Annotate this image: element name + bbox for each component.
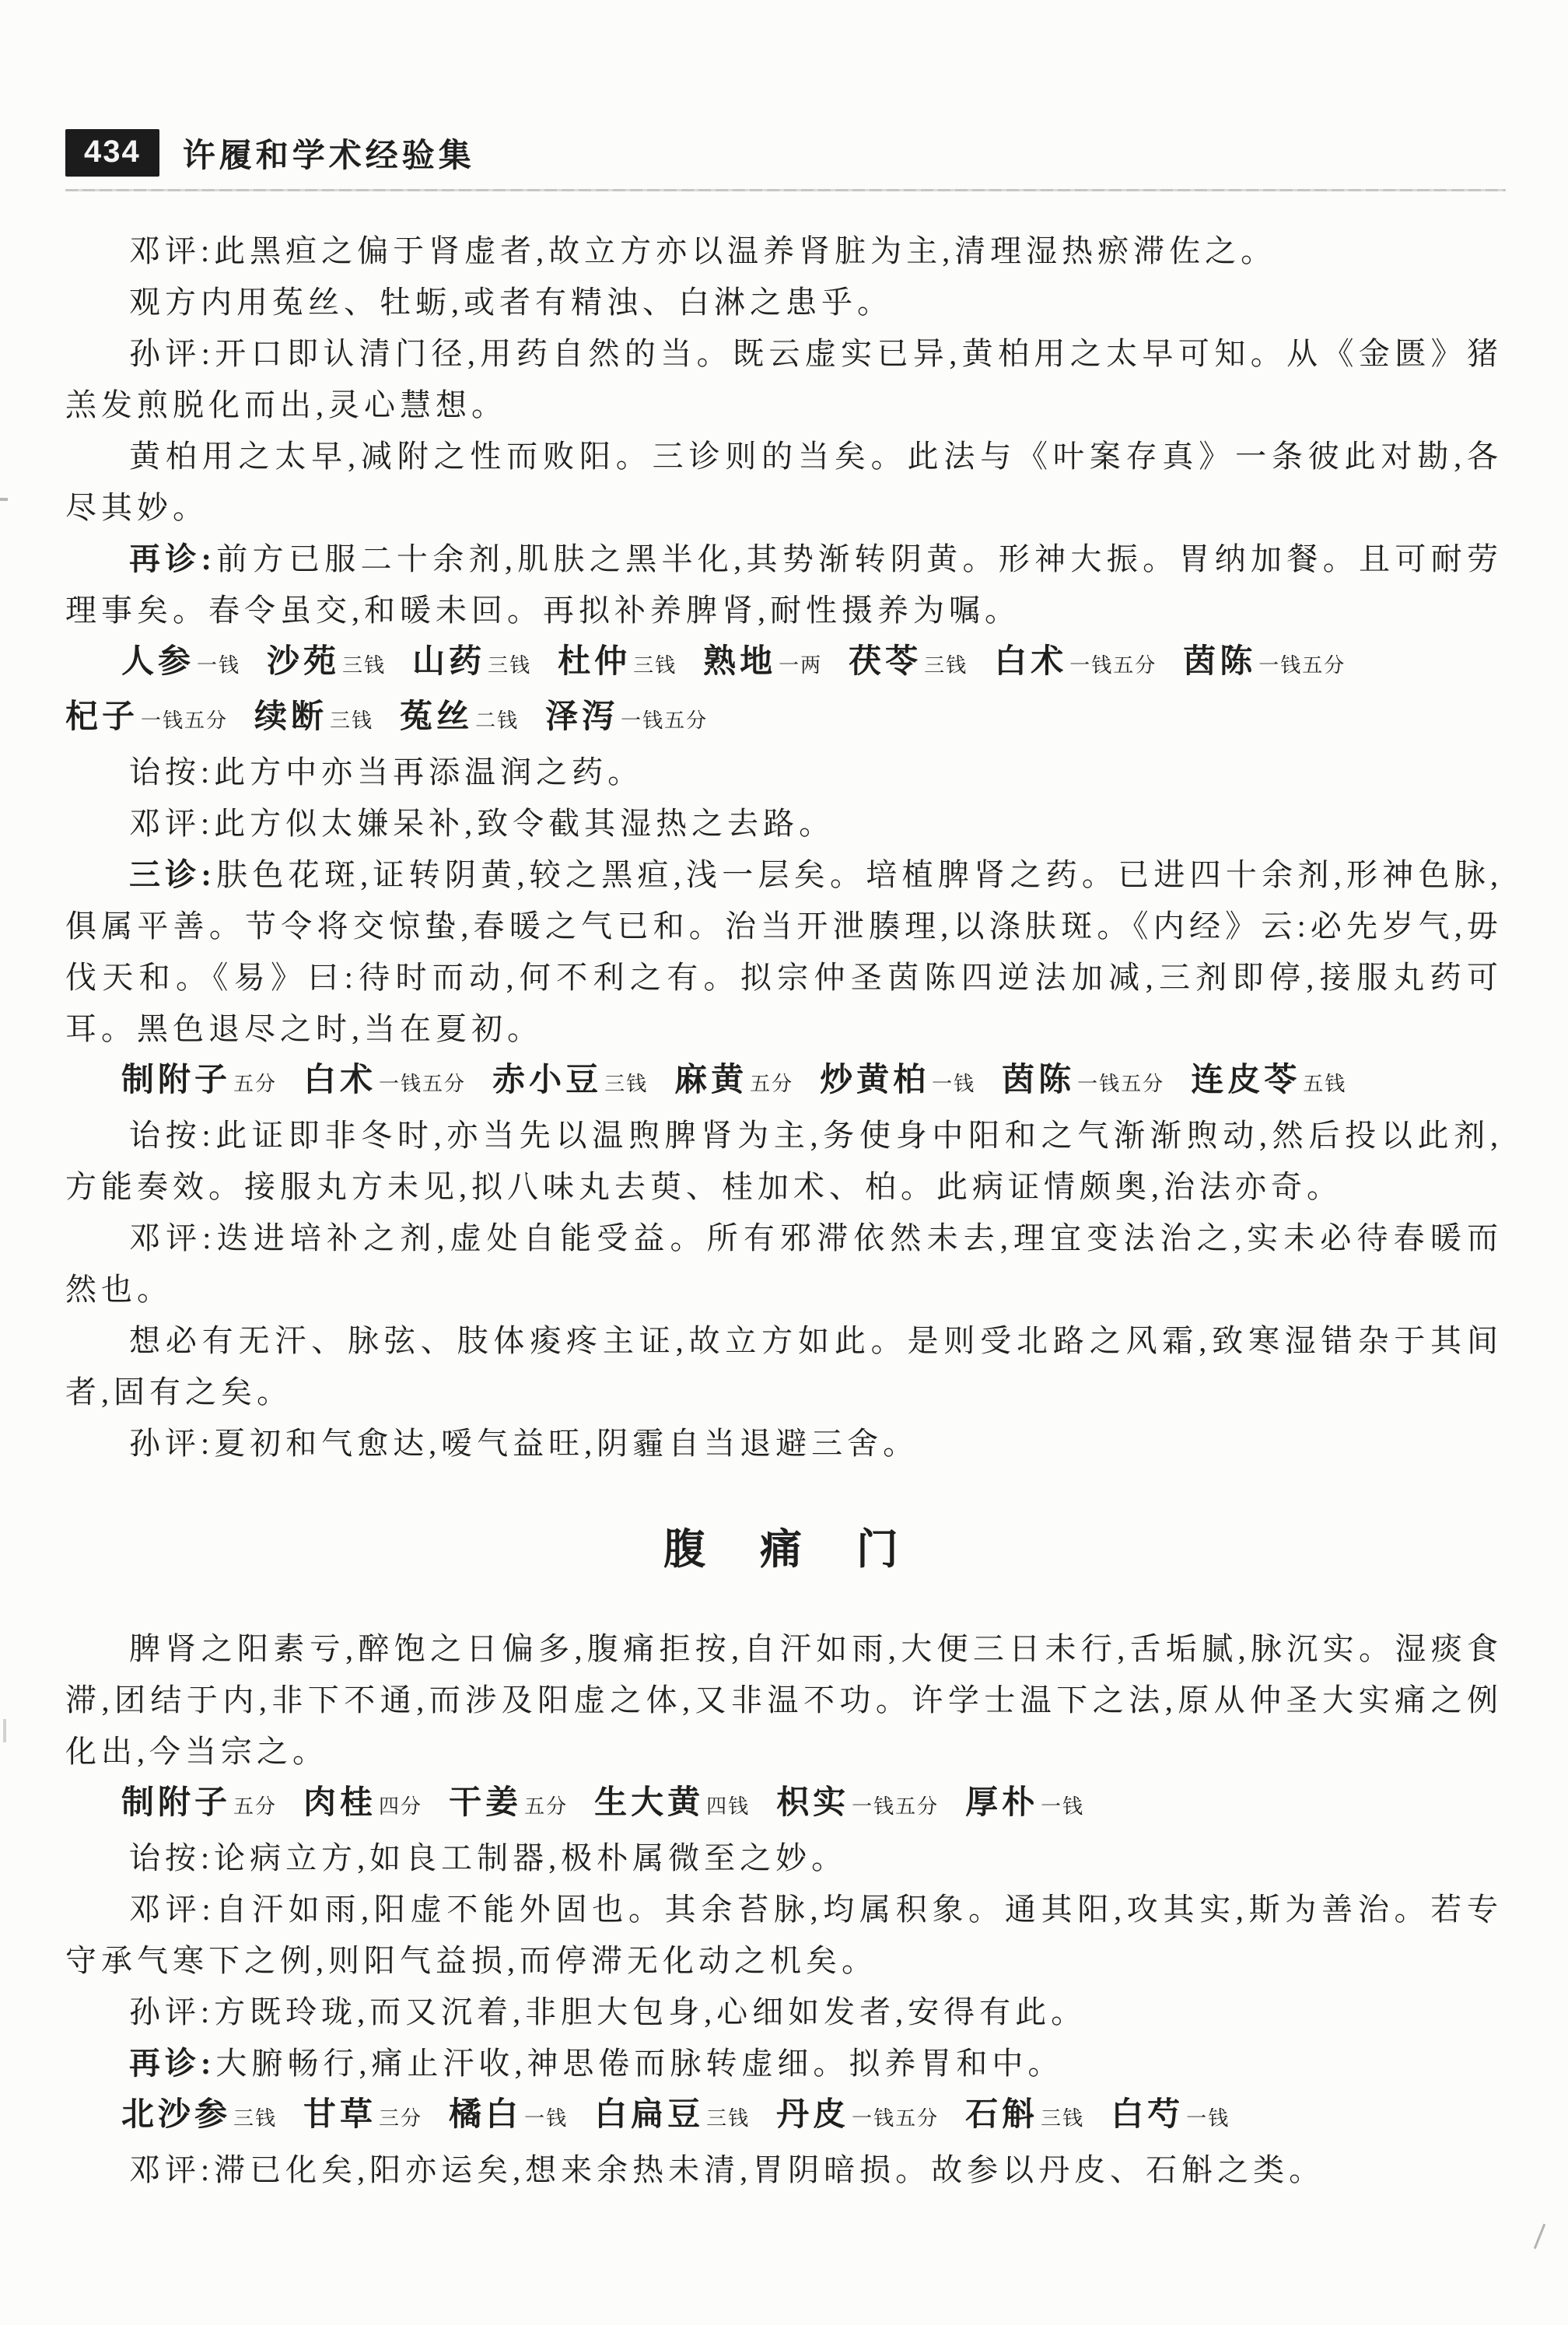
header-rule xyxy=(65,189,1506,191)
herb-item: 茯苓三钱 xyxy=(849,644,968,679)
scan-artifact xyxy=(3,1719,6,1742)
herb-item: 干姜五分 xyxy=(449,1785,568,1820)
herb-dose: 三钱 xyxy=(330,709,373,732)
herb-dose: 一钱 xyxy=(524,2107,568,2130)
paragraph: 三诊:肤色花斑,证转阴黄,较之黑疸,浅一层矣。培植脾肾之药。已进四十余剂,形神色… xyxy=(65,849,1503,1055)
paragraph: 诒按:此方中亦当再添温润之药。 xyxy=(65,747,1503,798)
paragraph-lead: 再诊: xyxy=(129,2046,215,2081)
herb-dose: 三钱 xyxy=(924,654,968,677)
herb-item: 人参一钱 xyxy=(121,644,240,679)
herb-item: 制附子五分 xyxy=(121,1063,277,1098)
herb-item: 菟丝二钱 xyxy=(400,699,519,734)
herb-dose: 五分 xyxy=(524,1795,568,1818)
herb-name: 制附子 xyxy=(121,1063,231,1098)
herb-dose: 一钱五分 xyxy=(379,1073,466,1095)
herb-dose: 一钱 xyxy=(932,1073,975,1095)
herb-item: 茵陈一钱五分 xyxy=(1002,1063,1164,1098)
herb-dose: 四分 xyxy=(379,1795,422,1818)
herb-name: 白术 xyxy=(994,644,1067,680)
herb-item: 肉桂四分 xyxy=(303,1785,422,1820)
paragraph: 孙评:开口即认清门径,用药自然的当。既云虚实已异,黄柏用之太早可知。从《金匮》猪… xyxy=(65,328,1503,431)
herb-dose: 五分 xyxy=(233,1795,277,1818)
herb-name: 菟丝 xyxy=(400,699,473,735)
paragraph: 邓评:此方似太嫌呆补,致令截其湿热之去路。 xyxy=(65,798,1503,849)
herb-name: 续断 xyxy=(254,699,327,735)
herb-item: 连皮苓五钱 xyxy=(1191,1063,1346,1098)
herb-item: 白扁豆三钱 xyxy=(594,2097,750,2132)
herb-name: 白芍 xyxy=(1111,2097,1184,2133)
herb-dose: 一钱 xyxy=(1041,1795,1084,1818)
prescription-line: 制附子五分白术一钱五分赤小豆三钱麻黄五分炒黄柏一钱茵陈一钱五分连皮苓五钱 xyxy=(65,1055,1503,1110)
herb-item: 麻黄五分 xyxy=(674,1063,793,1098)
herb-item: 山药三钱 xyxy=(412,644,531,679)
herb-dose: 三钱 xyxy=(233,2107,277,2130)
herb-name: 沙苑 xyxy=(267,644,340,680)
herb-dose: 一钱五分 xyxy=(1077,1073,1164,1095)
herb-name: 白术 xyxy=(303,1063,376,1098)
herb-name: 茵陈 xyxy=(1002,1063,1075,1098)
herb-item: 白术一钱五分 xyxy=(303,1063,466,1098)
prescription-line: 制附子五分肉桂四分干姜五分生大黄四钱枳实一钱五分厚朴一钱 xyxy=(65,1777,1503,1833)
herb-name: 甘草 xyxy=(303,2097,376,2133)
paragraph: 再诊:大腑畅行,痛止汗收,神思倦而脉转虚细。拟养胃和中。 xyxy=(65,2038,1503,2089)
paragraph: 诒按:此证即非冬时,亦当先以温煦脾肾为主,务使身中阳和之气渐渐煦动,然后投以此剂… xyxy=(65,1110,1503,1213)
herb-item: 赤小豆三钱 xyxy=(492,1063,648,1098)
herb-name: 麻黄 xyxy=(674,1063,747,1098)
prescription-line: 人参一钱沙苑三钱山药三钱杜仲三钱熟地一两茯苓三钱白术一钱五分茵陈一钱五分杞子一钱… xyxy=(65,636,1503,747)
herb-dose: 三钱 xyxy=(633,654,677,677)
herb-item: 杞子一钱五分 xyxy=(65,699,228,734)
herb-item: 茵陈一钱五分 xyxy=(1183,644,1346,679)
scanned-book-page: { "page": { "number": "434", "book_title… xyxy=(0,0,1568,2325)
herb-item: 制附子五分 xyxy=(121,1785,277,1820)
herb-name: 山药 xyxy=(412,644,485,680)
herb-dose: 一钱五分 xyxy=(852,2107,939,2130)
herb-dose: 一两 xyxy=(779,654,822,677)
herb-name: 熟地 xyxy=(703,644,776,680)
herb-item: 续断三钱 xyxy=(254,699,373,734)
herb-dose: 四钱 xyxy=(706,1795,750,1818)
paragraph: 邓评:此黑疸之偏于肾虚者,故立方亦以温养肾脏为主,清理湿热瘀滞佐之。 xyxy=(65,226,1503,277)
herb-name: 茵陈 xyxy=(1183,644,1256,680)
herb-dose: 一钱五分 xyxy=(852,1795,939,1818)
herb-name: 连皮苓 xyxy=(1191,1063,1300,1098)
herb-item: 熟地一两 xyxy=(703,644,822,679)
herb-item: 橘白一钱 xyxy=(449,2097,568,2132)
herb-item: 枳实一钱五分 xyxy=(776,1785,939,1820)
herb-item: 甘草三分 xyxy=(303,2097,422,2132)
herb-item: 白芍一钱 xyxy=(1111,2097,1230,2132)
herb-name: 生大黄 xyxy=(594,1785,704,1821)
herb-name: 白扁豆 xyxy=(594,2097,704,2133)
page-content: 邓评:此黑疸之偏于肾虚者,故立方亦以温养肾脏为主,清理湿热瘀滞佐之。观方内用菟丝… xyxy=(65,226,1503,2196)
herb-name: 炒黄柏 xyxy=(820,1063,929,1098)
herb-dose: 五钱 xyxy=(1303,1073,1346,1095)
herb-name: 杜仲 xyxy=(558,644,631,680)
herb-name: 赤小豆 xyxy=(492,1063,602,1098)
herb-dose: 五分 xyxy=(750,1073,793,1095)
herb-dose: 一钱五分 xyxy=(1069,654,1157,677)
paragraph: 邓评:迭进培补之剂,虚处自能受益。所有邪滞依然未去,理宜变法治之,实未必待春暖而… xyxy=(65,1213,1503,1315)
scan-artifact xyxy=(0,498,8,501)
paragraph: 诒按:论病立方,如良工制器,极朴属微至之妙。 xyxy=(65,1833,1503,1884)
herb-dose: 一钱五分 xyxy=(1258,654,1346,677)
herb-name: 制附子 xyxy=(121,1785,231,1821)
herb-name: 丹皮 xyxy=(776,2097,849,2133)
herb-item: 生大黄四钱 xyxy=(594,1785,750,1820)
herb-dose: 三钱 xyxy=(706,2107,750,2130)
herb-name: 人参 xyxy=(121,644,194,680)
herb-item: 石斛三钱 xyxy=(965,2097,1084,2132)
herb-item: 厚朴一钱 xyxy=(965,1785,1084,1820)
page-header: 434 许履和学术经验集 xyxy=(65,129,475,177)
herb-dose: 一钱五分 xyxy=(141,709,228,732)
paragraph-lead: 三诊: xyxy=(129,857,216,892)
herb-dose: 一钱 xyxy=(197,654,240,677)
herb-item: 丹皮一钱五分 xyxy=(776,2097,939,2132)
herb-item: 杜仲三钱 xyxy=(558,644,677,679)
herb-dose: 一钱五分 xyxy=(621,709,708,732)
book-title: 许履和学术经验集 xyxy=(183,130,475,177)
paragraph: 邓评:自汗如雨,阳虚不能外固也。其余苔脉,均属积象。通其阳,攻其实,斯为善治。若… xyxy=(65,1884,1503,1987)
herb-name: 厚朴 xyxy=(965,1785,1038,1821)
herb-dose: 三钱 xyxy=(342,654,386,677)
herb-dose: 三钱 xyxy=(604,1073,648,1095)
paragraph: 孙评:夏初和气愈达,嗳气益旺,阴霾自当退避三舍。 xyxy=(65,1418,1503,1469)
herb-dose: 三钱 xyxy=(488,654,531,677)
herb-name: 北沙参 xyxy=(121,2097,231,2133)
herb-item: 泽泻一钱五分 xyxy=(545,699,708,734)
herb-name: 石斛 xyxy=(965,2097,1038,2133)
herb-item: 沙苑三钱 xyxy=(267,644,386,679)
paragraph: 观方内用菟丝、牡蛎,或者有精浊、白淋之患乎。 xyxy=(65,277,1503,328)
herb-name: 枳实 xyxy=(776,1785,849,1821)
herb-dose: 三钱 xyxy=(1041,2107,1084,2130)
herb-dose: 一钱 xyxy=(1186,2107,1230,2130)
paragraph: 孙评:方既玲珑,而又沉着,非胆大包身,心细如发者,安得有此。 xyxy=(65,1987,1503,2038)
herb-name: 杞子 xyxy=(65,699,138,735)
herb-name: 干姜 xyxy=(449,1785,522,1821)
herb-dose: 三分 xyxy=(379,2107,422,2130)
paragraph: 再诊:前方已服二十余剂,肌肤之黑半化,其势渐转阴黄。形神大振。胃纳加餐。且可耐劳… xyxy=(65,534,1503,636)
herb-name: 泽泻 xyxy=(545,699,618,735)
herb-item: 白术一钱五分 xyxy=(994,644,1157,679)
paragraph: 想必有无汗、脉弦、肢体痠疼主证,故立方如此。是则受北路之风霜,致寒湿错杂于其间者… xyxy=(65,1315,1503,1418)
section-heading: 腹 痛 门 xyxy=(65,1524,1503,1575)
herb-name: 橘白 xyxy=(449,2097,522,2133)
prescription-line: 北沙参三钱甘草三分橘白一钱白扁豆三钱丹皮一钱五分石斛三钱白芍一钱 xyxy=(65,2089,1503,2145)
page-number-badge: 434 xyxy=(65,129,159,177)
paragraph: 黄柏用之太早,减附之性而败阳。三诊则的当矣。此法与《叶案存真》一条彼此对勘,各尽… xyxy=(65,431,1503,534)
herb-name: 茯苓 xyxy=(849,644,922,680)
herb-name: 肉桂 xyxy=(303,1785,376,1821)
herb-dose: 五分 xyxy=(233,1073,277,1095)
herb-item: 炒黄柏一钱 xyxy=(820,1063,975,1098)
scan-artifact xyxy=(1534,2224,1546,2250)
herb-item: 北沙参三钱 xyxy=(121,2097,277,2132)
paragraph: 脾肾之阳素亏,醉饱之日偏多,腹痛拒按,自汗如雨,大便三日未行,舌垢腻,脉沉实。湿… xyxy=(65,1623,1503,1777)
paragraph-lead: 再诊: xyxy=(129,541,216,576)
paragraph: 邓评:滞已化矣,阳亦运矣,想来余热未清,胃阴暗损。故参以丹皮、石斛之类。 xyxy=(65,2145,1503,2196)
herb-dose: 二钱 xyxy=(475,709,519,732)
